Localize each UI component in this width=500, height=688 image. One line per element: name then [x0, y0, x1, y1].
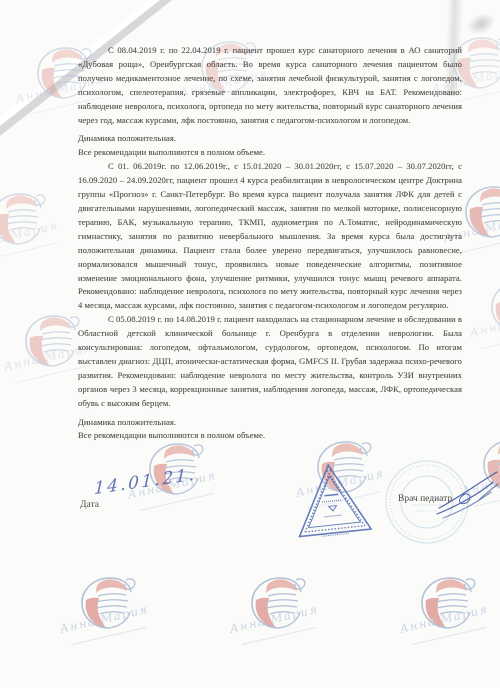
- clinic-logo-watermark-icon: [416, 574, 480, 632]
- watermark-brand-script: Анна Мария: [398, 602, 489, 636]
- compliance-line: Все рекомендации выполняются в полном об…: [78, 429, 462, 443]
- paragraph-rehab-courses: С 01. 06.2019г. по 12.06.2019г., с 15.01…: [78, 160, 462, 313]
- watermark-tagline-line: [412, 627, 486, 645]
- clinic-logo-watermark-icon: [20, 312, 84, 370]
- scan-smudge: [463, 9, 499, 39]
- handwritten-date: 14.01.21.: [94, 464, 197, 499]
- watermark-brand-script: Анна Мария: [468, 306, 500, 340]
- triangular-stamp-icon: [292, 461, 372, 539]
- watermark-tagline-line: [242, 627, 316, 645]
- status-block: Динамика положительная. Все рекомендации…: [78, 416, 462, 444]
- clinic-logo-watermark-icon: [246, 574, 310, 632]
- watermark: Анна Мария: [398, 574, 500, 660]
- paragraph-hospital-diagnosis: С 05.08.2019 г. по 14.08.2019 г. пациент…: [78, 313, 462, 410]
- status-block: Динамика положительная. Все рекомендации…: [78, 132, 462, 160]
- watermark-tagline-line: [140, 493, 214, 511]
- watermark: Анна Мария: [468, 278, 500, 364]
- watermark: Анна Мария: [228, 574, 358, 660]
- compliance-line: Все рекомендации выполняются в полном об…: [78, 146, 462, 160]
- paragraph-sanatorium-course: С 08.04.2019 г. по 22.04.2019 г. пациент…: [78, 44, 462, 127]
- clinic-logo-watermark-icon: [76, 574, 140, 632]
- dynamics-line: Динамика положительная.: [78, 416, 462, 430]
- clinic-logo-watermark-icon: [0, 190, 50, 248]
- watermark-tagline-line: [456, 236, 500, 254]
- doctor-signature: [435, 464, 500, 522]
- dynamics-line: Динамика положительная.: [78, 132, 462, 146]
- watermark-brand-script: Анна Мария: [0, 218, 60, 252]
- watermark-brand-script: Анна Мария: [58, 602, 149, 636]
- document-body: С 08.04.2019 г. по 22.04.2019 г. пациент…: [78, 44, 462, 443]
- clinic-logo-watermark-icon: [460, 183, 500, 241]
- watermark-tagline-line: [482, 331, 500, 349]
- watermark: Анна Мария: [58, 574, 188, 660]
- clinic-logo-watermark-icon: [486, 278, 500, 336]
- date-label: Дата: [80, 500, 99, 510]
- watermark-brand-script: Анна Мария: [228, 602, 319, 636]
- scanned-document-page: Анна Мария Анна Мария Анна Мария Анна Ма…: [0, 0, 500, 688]
- watermark-tagline-line: [72, 627, 146, 645]
- watermark-tagline-line: [0, 243, 56, 261]
